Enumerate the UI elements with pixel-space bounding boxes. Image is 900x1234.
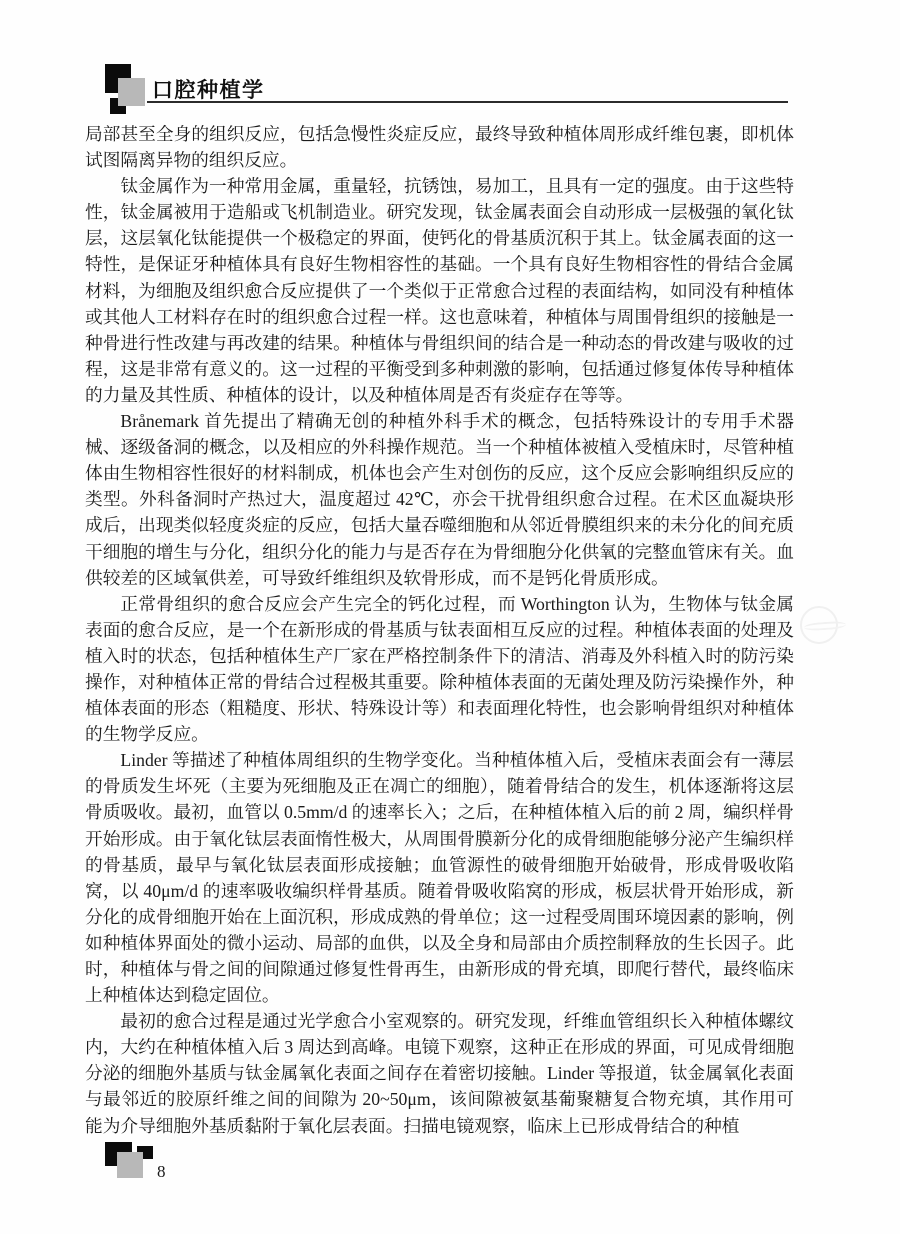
logo-square-gray: [117, 1152, 143, 1178]
book-title: 口腔种植学: [152, 74, 265, 104]
watermark-swoosh: [804, 621, 846, 632]
header-rule: [147, 101, 788, 103]
logo-square-gray: [118, 78, 145, 106]
page-number: 8: [157, 1162, 166, 1182]
publisher-stamp-watermark-icon: [800, 606, 838, 644]
paragraph: 最初的愈合过程是通过光学愈合小室观察的。研究发现，纤维血管组织长入种植体螺纹内，…: [85, 1008, 794, 1138]
paragraph: 钛金属作为一种常用金属，重量轻，抗锈蚀，易加工，且具有一定的强度。由于这些特性，…: [85, 173, 794, 408]
page-body: 局部甚至全身的组织反应，包括急慢性炎症反应，最终导致种植体周形成纤维包裹，即机体…: [85, 121, 794, 1139]
paragraph: Linder 等描述了种植体周组织的生物学变化。当种植体植入后，受植床表面会有一…: [85, 747, 794, 1008]
book-page: 口腔种植学 局部甚至全身的组织反应，包括急慢性炎症反应，最终导致种植体周形成纤维…: [0, 0, 900, 1234]
paragraph: 正常骨组织的愈合反应会产生完全的钙化过程，而 Worthington 认为，生物…: [85, 591, 794, 748]
paragraph: 局部甚至全身的组织反应，包括急慢性炎症反应，最终导致种植体周形成纤维包裹，即机体…: [85, 121, 794, 173]
paragraph: Brånemark 首先提出了精确无创的种植外科手术的概念，包括特殊设计的专用手…: [85, 408, 794, 591]
